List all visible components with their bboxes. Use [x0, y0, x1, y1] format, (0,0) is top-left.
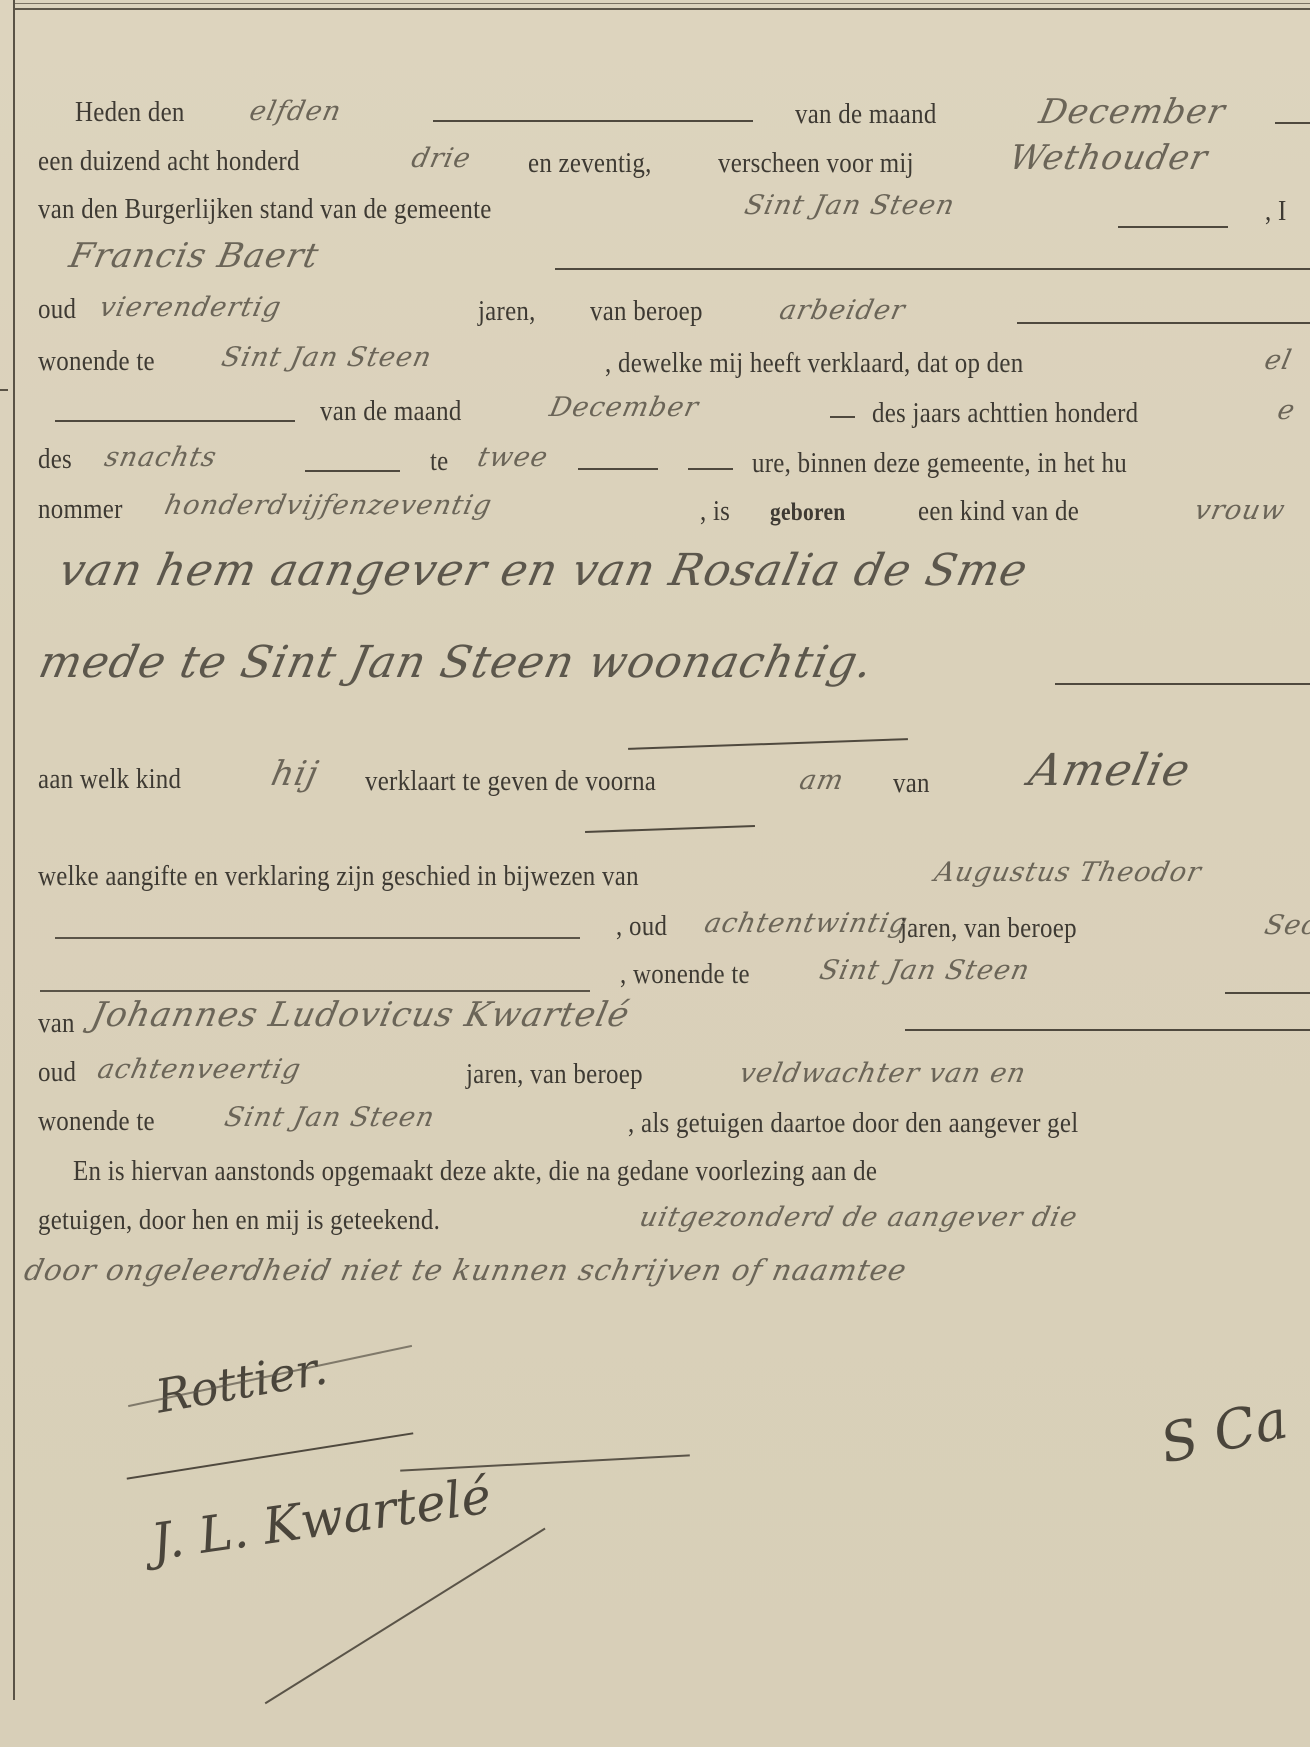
handwritten-voornaam-correction: am: [797, 765, 847, 796]
fill-rule: [688, 468, 733, 470]
handwritten-declarant-name: Francis Baert: [66, 236, 323, 276]
printed-text: jaren, van beroep: [900, 912, 1077, 945]
printed-text: , dewelke mij heeft verklaard, dat op de…: [605, 347, 1023, 380]
frame-left-rule: [13, 0, 15, 1700]
signature-flourish: [265, 1528, 546, 1704]
handwritten-pronoun: hij: [268, 754, 323, 794]
margin-tick: [0, 389, 8, 391]
handwritten-witness1-age: achtentwintig: [702, 908, 911, 939]
fill-rule: [55, 420, 295, 422]
printed-text: jaren,: [478, 295, 536, 328]
printed-text: nommer: [38, 493, 123, 526]
handwritten-official: Wethouder: [1006, 138, 1212, 178]
printed-text: en zeventig,: [528, 147, 652, 180]
printed-text: wonende te: [38, 345, 155, 378]
signature-underline: [127, 1432, 414, 1479]
printed-text: van den Burgerlijken stand van de gemeen…: [38, 193, 492, 226]
fill-rule: [1225, 992, 1310, 994]
fill-rule: [1055, 683, 1310, 685]
fill-rule: [1275, 122, 1310, 124]
fill-rule: [905, 1029, 1310, 1031]
fill-rule: [585, 825, 755, 833]
handwritten-declarant-age: vierendertig: [97, 292, 285, 323]
printed-text: des: [38, 443, 72, 476]
printed-text: oud: [38, 293, 76, 326]
printed-text: van de maand: [795, 98, 937, 131]
printed-text: te: [430, 445, 449, 478]
handwritten-birth-year: e: [1275, 395, 1299, 426]
printed-text: van beroep: [590, 295, 703, 328]
handwritten-note-line1: uitgezonderd de aangever die: [637, 1202, 1081, 1233]
printed-text: , I: [1265, 195, 1287, 228]
handwritten-witness2-age: achtenveertig: [95, 1054, 304, 1085]
handwritten-witness2-occupation: veldwachter van en: [737, 1058, 1029, 1089]
handwritten-house-number: honderdvijfenzeventig: [162, 490, 495, 521]
printed-text: des jaars achttien honderd: [872, 397, 1138, 430]
printed-text: aan welk kind: [38, 763, 181, 796]
printed-text: , oud: [616, 910, 667, 943]
handwritten-declarant-occupation: arbeider: [777, 295, 909, 326]
handwritten-birth-month: December: [547, 392, 702, 423]
handwritten-witness2-residence: Sint Jan Steen: [222, 1102, 438, 1133]
handwritten-day: elfden: [247, 96, 345, 127]
handwritten-year-part: drie: [409, 143, 474, 174]
printed-text: verklaart te geven de voorna: [365, 765, 656, 798]
handwritten-hour: twee: [475, 442, 552, 473]
fill-rule: [305, 470, 400, 472]
frame-top-rule-thick: [14, 8, 1310, 10]
printed-text: oud: [38, 1056, 76, 1089]
fill-rule: [555, 268, 1310, 270]
printed-text: ure, binnen deze gemeente, in het hu: [752, 447, 1127, 480]
printed-text: een kind van de: [918, 495, 1079, 528]
handwritten-child-name: Amelie: [1025, 745, 1196, 796]
printed-text: Heden den: [75, 96, 185, 129]
handwritten-declarant-residence: Sint Jan Steen: [219, 342, 435, 373]
signature-kwartele: J. L. Kwartelé: [148, 1466, 495, 1571]
fill-rule: [40, 990, 590, 992]
printed-text: van: [38, 1007, 75, 1040]
printed-text: , als getuigen daartoe door den aangever…: [628, 1107, 1078, 1140]
fill-rule: [1017, 322, 1310, 324]
handwritten-municipality: Sint Jan Steen: [742, 190, 958, 221]
handwritten-witness1-name: Augustus Theodor: [932, 857, 1205, 888]
fill-rule: [55, 937, 580, 939]
handwritten-witness1-occupation: Sec: [1262, 910, 1310, 941]
printed-text: van: [893, 767, 930, 800]
handwritten-parents-line: van hem aangever en van Rosalia de Sme: [55, 545, 1033, 596]
handwritten-residence-line: mede te Sint Jan Steen woonachtig.: [35, 637, 878, 688]
fill-rule: [628, 738, 908, 750]
handwritten-birth-day: el: [1262, 345, 1295, 376]
printed-text: En is hiervan aanstonds opgemaakt deze a…: [73, 1155, 877, 1188]
fill-rule: [1118, 226, 1228, 228]
handwritten-time-of-day: snachts: [102, 442, 220, 473]
handwritten-wife: vrouw: [1192, 495, 1289, 526]
handwritten-month: December: [1036, 92, 1229, 132]
fill-rule: [433, 120, 753, 122]
printed-text: , is: [700, 495, 730, 528]
fill-rule: [578, 468, 658, 470]
printed-text: jaren, van beroep: [466, 1058, 643, 1091]
fill-rule: [830, 416, 855, 418]
printed-text: , wonende te: [620, 958, 750, 991]
printed-text: wonende te: [38, 1105, 155, 1138]
signature-official: S Ca: [1155, 1387, 1293, 1475]
printed-text: verscheen voor mij: [718, 147, 914, 180]
frame-top-rule: [14, 3, 1310, 4]
printed-text: getuigen, door hen en mij is geteekend.: [38, 1204, 440, 1237]
handwritten-witness2-name: Johannes Ludovicus Kwartelé: [88, 995, 634, 1035]
handwritten-witness1-residence: Sint Jan Steen: [817, 955, 1033, 986]
handwritten-note-line2: door ongeleerdheid niet te kunnen schrij…: [21, 1253, 910, 1287]
signature-flourish: [400, 1454, 690, 1471]
printed-text: welke aangifte en verklaring zijn geschi…: [38, 860, 639, 893]
printed-bold-born: geboren: [770, 499, 845, 527]
printed-text: van de maand: [320, 395, 462, 428]
printed-text: een duizend acht honderd: [38, 145, 300, 178]
document-page: Heden den elfden van de maand December e…: [0, 0, 1310, 1747]
